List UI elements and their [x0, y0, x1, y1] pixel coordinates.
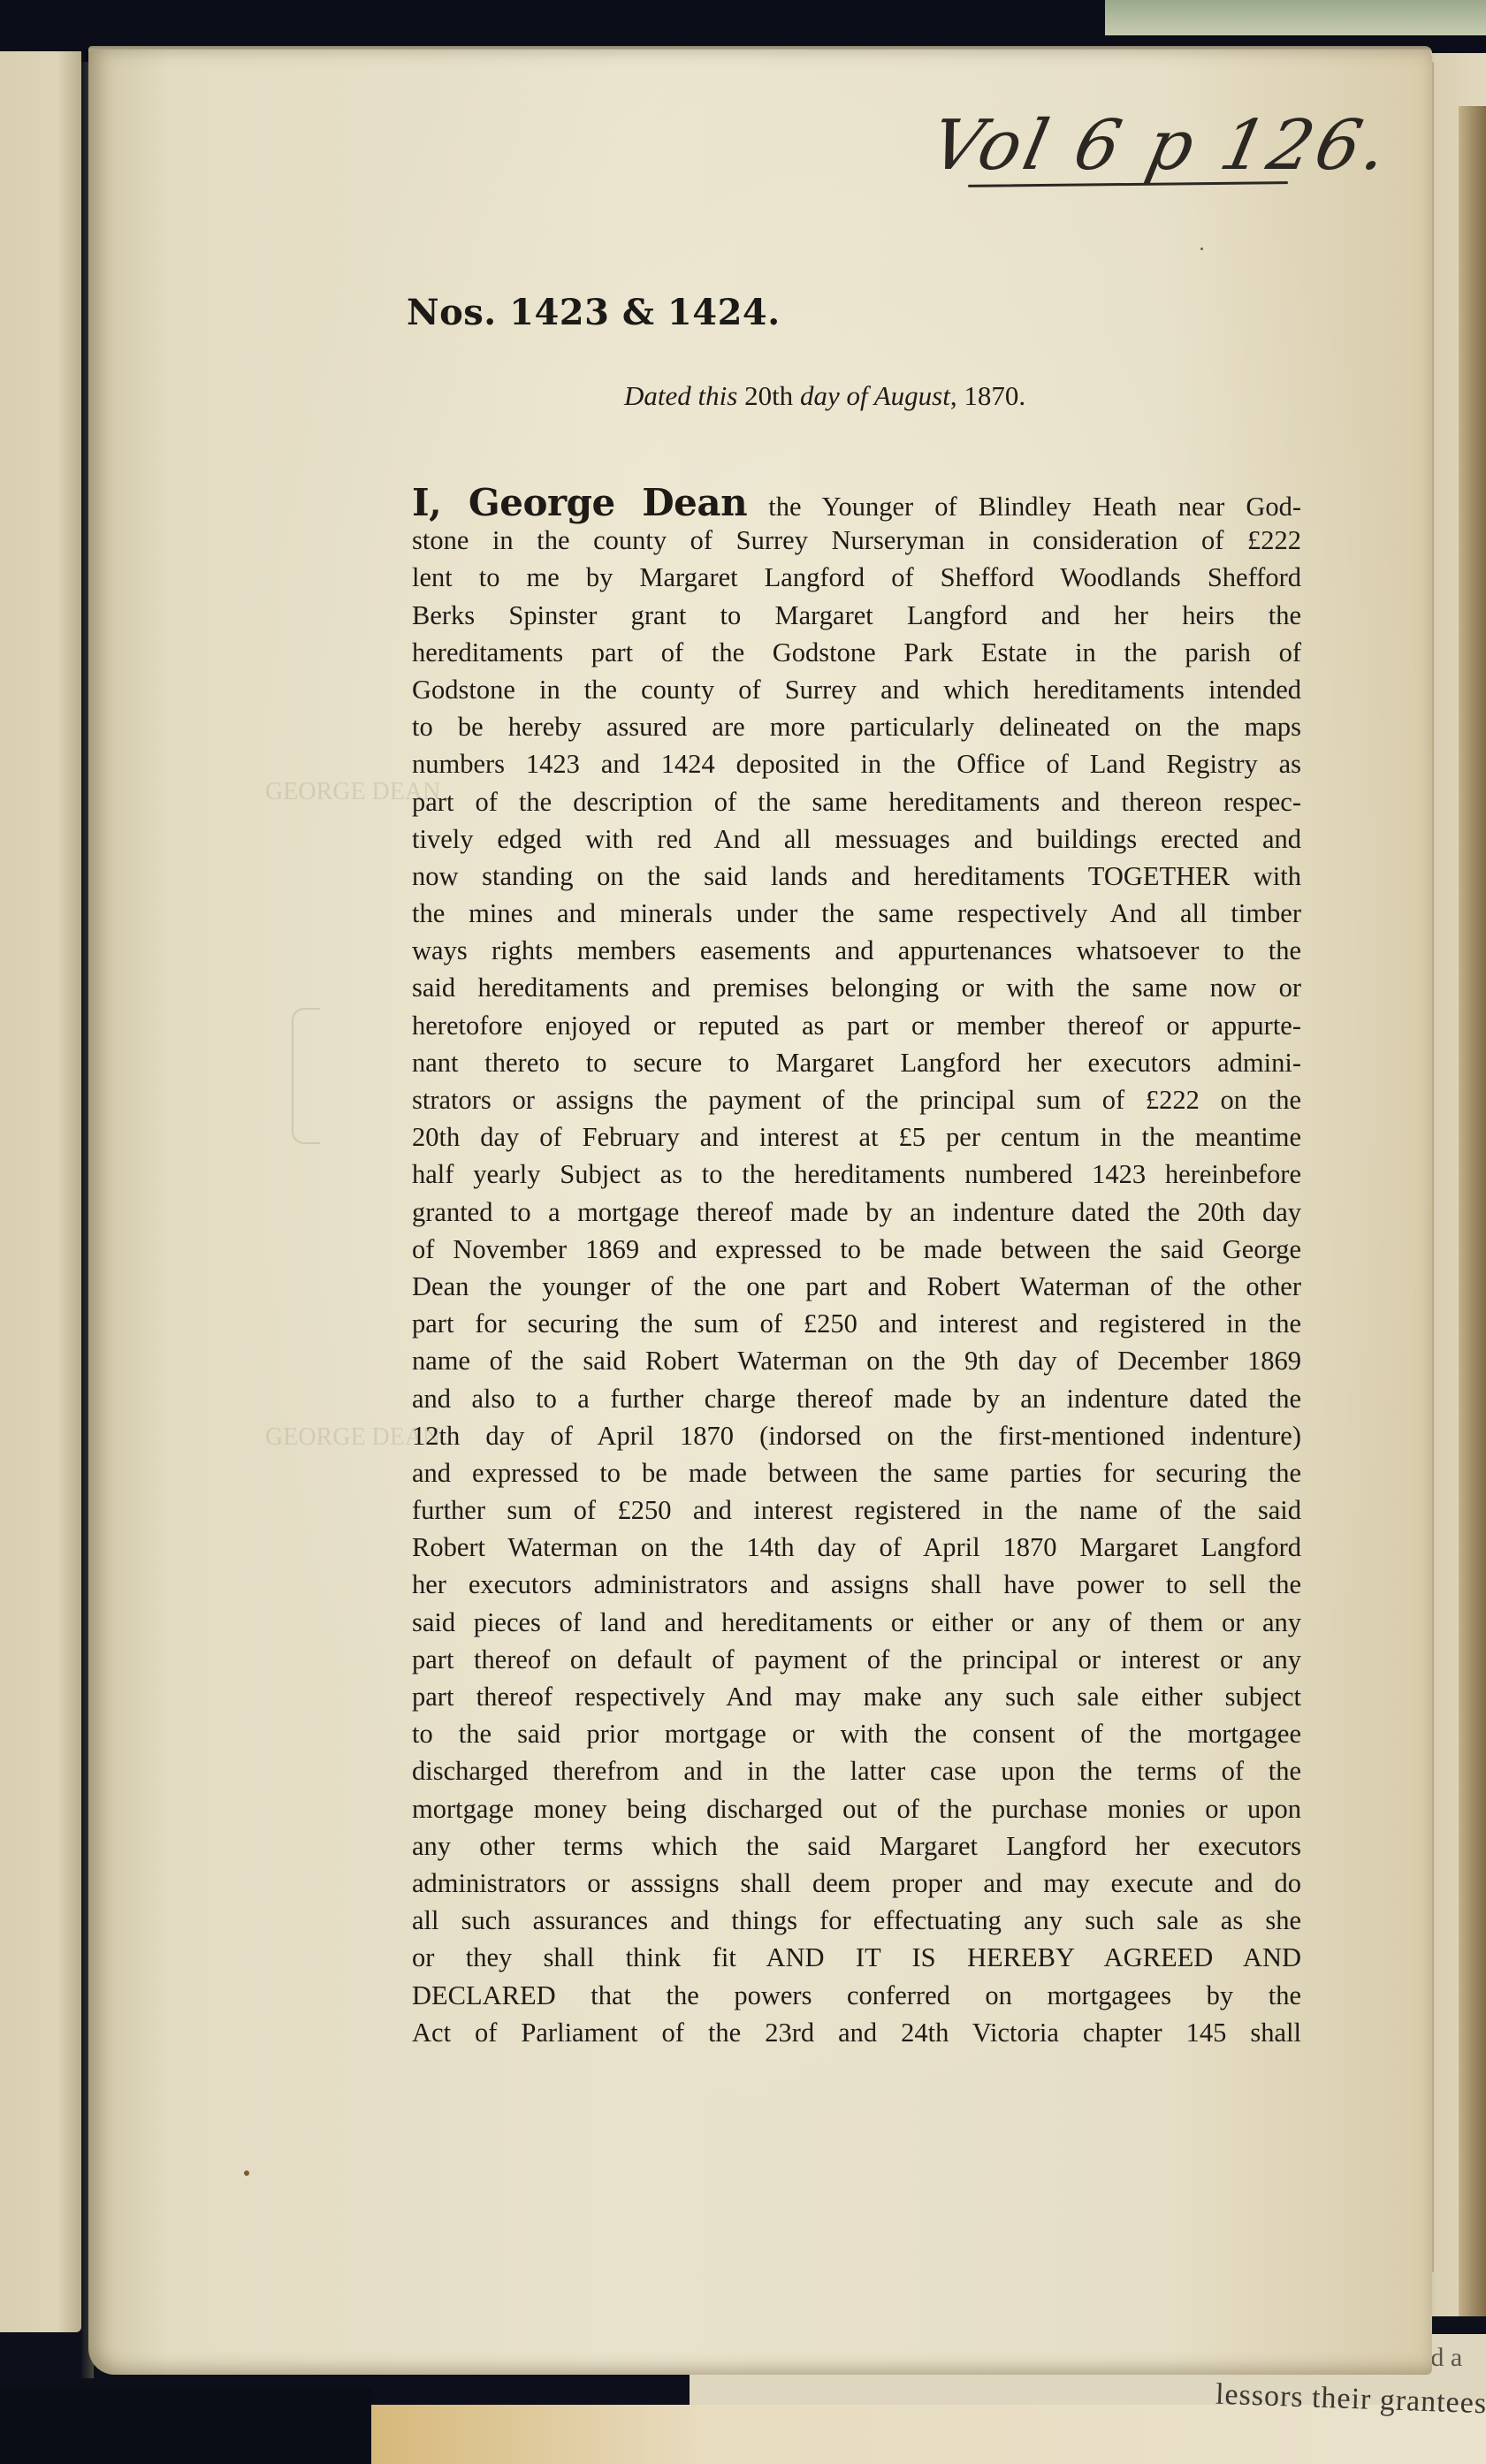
body-line: discharged therefrom and in the latter c… — [412, 1752, 1301, 1789]
body-line: all such assurances and things for effec… — [412, 1902, 1301, 1939]
body-line: I, George Dean the Younger of Blindley H… — [412, 484, 1301, 522]
body-line: to the said prior mortgage or with the c… — [412, 1715, 1301, 1752]
body-line: Berks Spinster grant to Margaret Langfor… — [412, 597, 1301, 634]
body-line: strators or assigns the payment of the p… — [412, 1081, 1301, 1118]
date-line: Dated this 20th day of August, 1870. — [624, 380, 1025, 412]
body-line: ways rights members easements and appurt… — [412, 932, 1301, 969]
background-strip — [1105, 0, 1486, 35]
date-year: , 1870. — [950, 380, 1025, 411]
body-line: now standing on the said lands and hered… — [412, 858, 1301, 895]
paper-stain — [244, 2170, 249, 2176]
deed-body: I, George Dean the Younger of Blindley H… — [412, 484, 1301, 2051]
body-line: 20th day of February and interest at £5 … — [412, 1118, 1301, 1156]
body-line: her executors administrators and assigns… — [412, 1566, 1301, 1603]
body-line: or they shall think fit AND IT IS HEREBY… — [412, 1939, 1301, 1976]
body-line: the mines and minerals under the same re… — [412, 895, 1301, 932]
body-line: and also to a further charge thereof mad… — [412, 1380, 1301, 1417]
body-line: part thereof on default of payment of th… — [412, 1641, 1301, 1678]
facing-page-left — [0, 51, 81, 2332]
body-line: nant thereto to secure to Margaret Langf… — [412, 1044, 1301, 1081]
date-day: 20th — [744, 380, 793, 411]
body-line: to be hereby assured are more particular… — [412, 708, 1301, 745]
body-line: stone in the county of Surrey Nurseryman… — [412, 522, 1301, 559]
body-line: further sum of £250 and interest registe… — [412, 1491, 1301, 1529]
body-line: hereditaments part of the Godstone Park … — [412, 634, 1301, 671]
body-line: said hereditaments and premises belongin… — [412, 969, 1301, 1006]
body-line: Godstone in the county of Surrey and whi… — [412, 671, 1301, 708]
body-line: and expressed to be made between the sam… — [412, 1454, 1301, 1491]
underlying-page-edge — [1459, 106, 1486, 2316]
body-line: granted to a mortgage thereof made by an… — [412, 1194, 1301, 1231]
body-line: 12th day of April 1870 (indorsed on the … — [412, 1417, 1301, 1454]
body-line: lent to me by Margaret Langford of Sheff… — [412, 559, 1301, 596]
date-prefix: Dated this — [624, 380, 744, 411]
body-line: mortgage money being discharged out of t… — [412, 1790, 1301, 1827]
body-line: tively edged with red And all messuages … — [412, 820, 1301, 858]
body-line: Robert Waterman on the 14th day of April… — [412, 1529, 1301, 1566]
dark-background-bottom — [0, 2387, 371, 2464]
body-line: name of the said Robert Waterman on the … — [412, 1342, 1301, 1379]
body-line: numbers 1423 and 1424 deposited in the O… — [412, 745, 1301, 782]
date-month: August — [874, 380, 950, 411]
bleed-through-bracket — [292, 1008, 320, 1144]
grantor-name-blackletter: I, George Dean — [412, 481, 747, 524]
body-line: DECLARED that the powers conferred on mo… — [412, 1977, 1301, 2014]
body-line: Act of Parliament of the 23rd and 24th V… — [412, 2014, 1301, 2051]
body-line: Dean the younger of the one part and Rob… — [412, 1268, 1301, 1305]
handwritten-volume-note: Vol 6 p 126. — [924, 106, 1398, 186]
document-number-heading: Nos. 1423 & 1424. — [407, 292, 781, 333]
body-line: said pieces of land and hereditaments or… — [412, 1604, 1301, 1641]
body-line: of November 1869 and expressed to be mad… — [412, 1231, 1301, 1268]
body-line: heretofore enjoyed or reputed as part or… — [412, 1007, 1301, 1044]
body-line: half yearly Subject as to the hereditame… — [412, 1156, 1301, 1193]
body-line: part for securing the sum of £250 and in… — [412, 1305, 1301, 1342]
body-line: any other terms which the said Margaret … — [412, 1827, 1301, 1865]
date-middle: day of — [793, 380, 874, 411]
paper-stain — [1200, 248, 1203, 250]
body-line: part thereof respectively And may make a… — [412, 1678, 1301, 1715]
body-line: administrators or asssigns shall deem pr… — [412, 1865, 1301, 1902]
body-line: part of the description of the same here… — [412, 783, 1301, 820]
